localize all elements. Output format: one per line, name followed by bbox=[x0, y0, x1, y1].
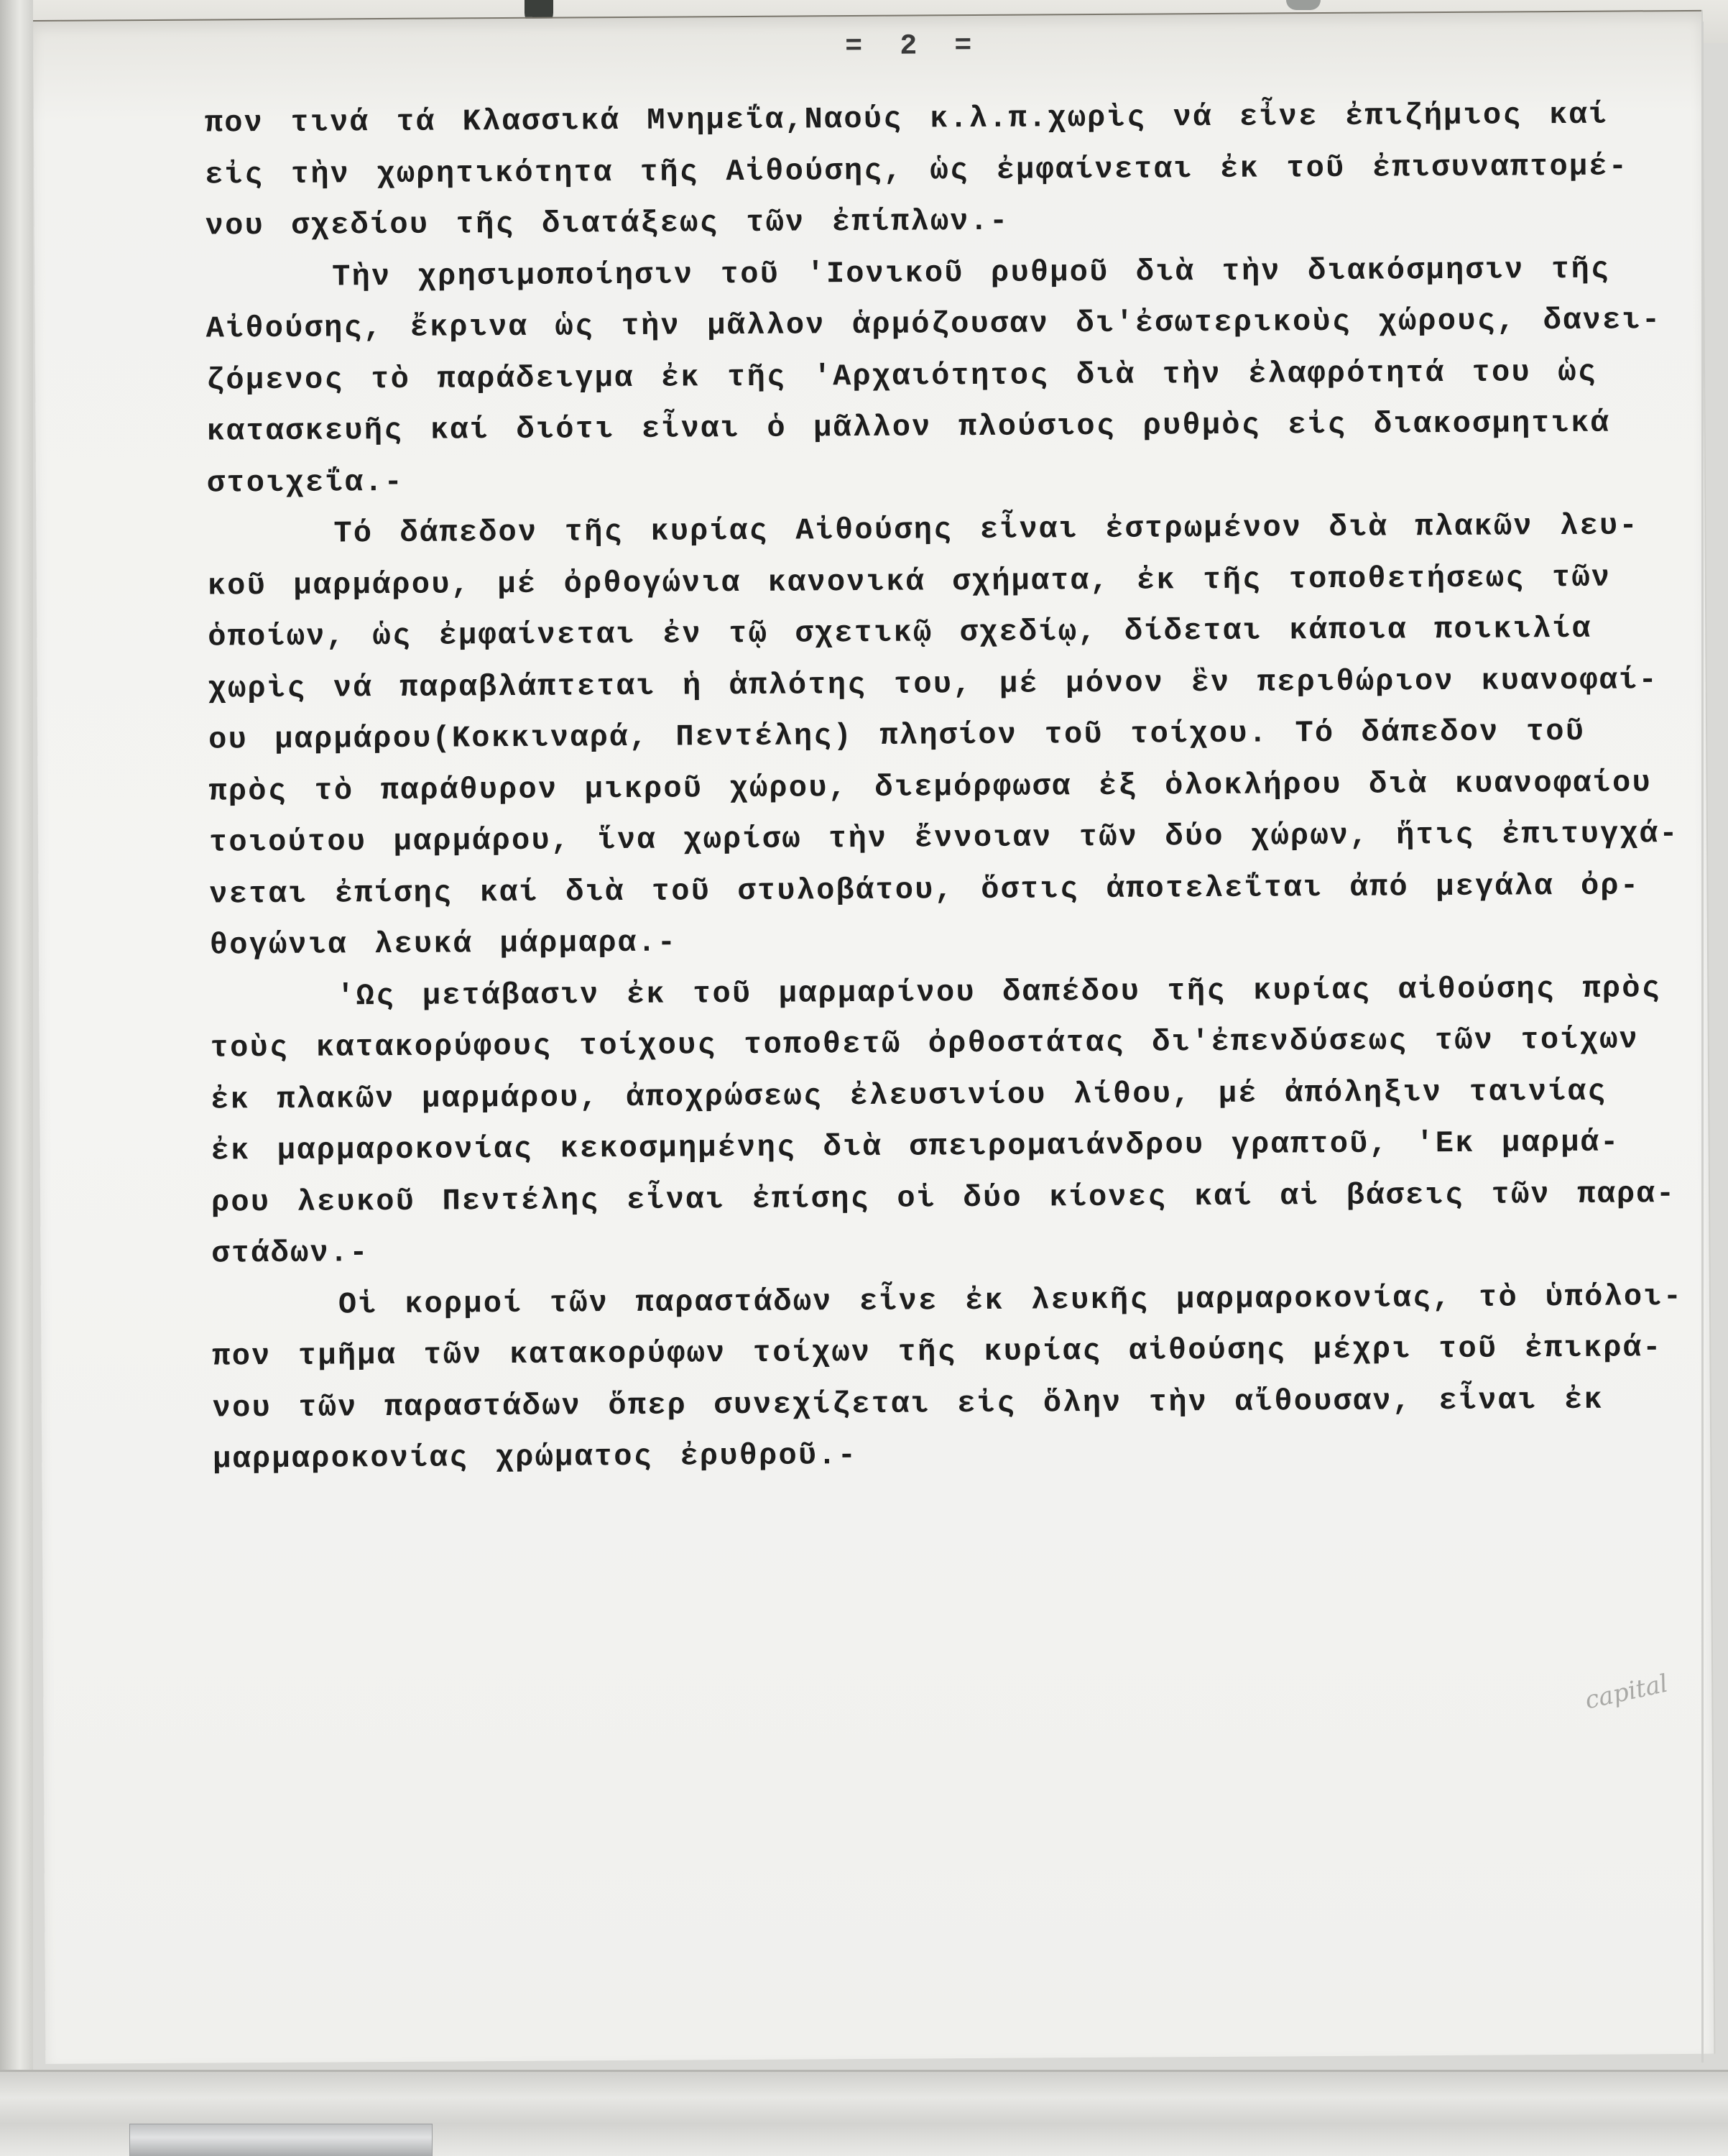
paragraph: 'Ως μετάβασιν ἐκ τοῦ μαρμαρίνου δαπέδου … bbox=[210, 962, 1728, 1280]
pencil-annotation: capital bbox=[1582, 1669, 1671, 1715]
text-line: Τὴν χρησιμοποίησιν τοῦ 'Ιονικοῦ ρυθμοῦ δ… bbox=[205, 243, 1722, 303]
text-line: πον τινά τά Κλασσικά Μνημεΐα,Ναούς κ.λ.π… bbox=[205, 89, 1721, 149]
text-line: κοῦ μαρμάρου, μέ ὀρθογώνια κανονικά σχήμ… bbox=[208, 551, 1724, 612]
typewritten-page: = 2 = πον τινά τά Κλασσικά Μνημεΐα,Ναούς… bbox=[33, 10, 1714, 2064]
page-body: πον τινά τά Κλασσικά Μνημεΐα,Ναούς κ.λ.π… bbox=[205, 89, 1728, 1485]
binder-clip bbox=[1286, 0, 1321, 10]
text-line: Οἱ κορμοί τῶν παραστάδων εἶνε ἐκ λευκῆς … bbox=[212, 1271, 1728, 1331]
page-edge bbox=[1701, 22, 1704, 2063]
text-line: πον τμῆμα τῶν κατακορύφων τοίχων τῆς κυρ… bbox=[212, 1322, 1728, 1383]
text-line: ρου λευκοῦ Πεντέλης εἶναι ἐπίσης οἱ δύο … bbox=[211, 1168, 1727, 1228]
binder-rail bbox=[0, 0, 33, 2156]
text-line: ἐκ μαρμαροκονίας κεκοσμημένης διὰ σπειρο… bbox=[211, 1117, 1727, 1177]
text-line: χωρὶς νά παραβλάπτεται ἡ ἁπλότης του, μέ… bbox=[208, 654, 1724, 714]
text-line: κατασκευῆς καί διότι εἶναι ὁ μᾶλλον πλού… bbox=[206, 397, 1722, 458]
text-line: 'Ως μετάβασιν ἐκ τοῦ μαρμαρίνου δαπέδου … bbox=[210, 962, 1726, 1023]
text-line: στοιχεΐα.- bbox=[207, 448, 1723, 509]
page-number: = 2 = bbox=[845, 30, 981, 63]
text-line: θογώνια λευκά μάρμαρα.- bbox=[210, 911, 1726, 972]
text-line: τοιούτου μαρμάρου, ἵνα χωρίσω τὴν ἔννοια… bbox=[209, 808, 1725, 869]
text-line: ὁποίων, ὡς ἐμφαίνεται ἐν τῷ σχετικῷ σχεδ… bbox=[208, 603, 1724, 663]
paragraph: Οἱ κορμοί τῶν παραστάδων εἶνε ἐκ λευκῆς … bbox=[212, 1271, 1728, 1485]
text-line: εἰς τὴν χωρητικότητα τῆς Αἰθούσης, ὡς ἐμ… bbox=[205, 140, 1721, 201]
binder-tab bbox=[129, 2124, 433, 2156]
paragraph: Τό δάπεδον τῆς κυρίας Αἰθούσης εἶναι ἐστ… bbox=[207, 500, 1726, 972]
text-line: τοὺς κατακορύφους τοίχους τοποθετῶ ὀρθοσ… bbox=[211, 1014, 1727, 1074]
text-line: μαρμαροκονίας χρώματος ἐρυθροῦ.- bbox=[213, 1425, 1728, 1485]
text-line: Αἰθούσης, ἔκρινα ὡς τὴν μᾶλλον ἁρμόζουσα… bbox=[205, 295, 1722, 355]
text-line: νου σχεδίου τῆς διατάξεως τῶν ἐπίπλων.- bbox=[205, 192, 1722, 252]
text-line: πρὸς τὸ παράθυρον μικροῦ χώρου, διεμόρφω… bbox=[208, 757, 1724, 817]
text-line: νεται ἐπίσης καί διὰ τοῦ στυλοβάτου, ὅστ… bbox=[209, 860, 1725, 920]
text-line: ἐκ πλακῶν μαρμάρου, ἀποχρώσεως ἐλευσινίο… bbox=[211, 1065, 1727, 1125]
paragraph: Τὴν χρησιμοποίησιν τοῦ 'Ιονικοῦ ρυθμοῦ δ… bbox=[205, 243, 1723, 509]
text-line: στάδων.- bbox=[211, 1220, 1727, 1280]
paragraph: πον τινά τά Κλασσικά Μνημεΐα,Ναούς κ.λ.π… bbox=[205, 89, 1722, 252]
text-line: ζόμενος τὸ παράδειγμα ἐκ τῆς 'Αρχαιότητο… bbox=[206, 346, 1722, 406]
text-line: νου τῶν παραστάδων ὅπερ συνεχίζεται εἰς … bbox=[213, 1373, 1728, 1434]
text-line: ου μαρμάρου(Κοκκιναρά, Πεντέλης) πλησίον… bbox=[208, 706, 1724, 766]
text-line: Τό δάπεδον τῆς κυρίας Αἰθούσης εἶναι ἐστ… bbox=[207, 500, 1723, 561]
